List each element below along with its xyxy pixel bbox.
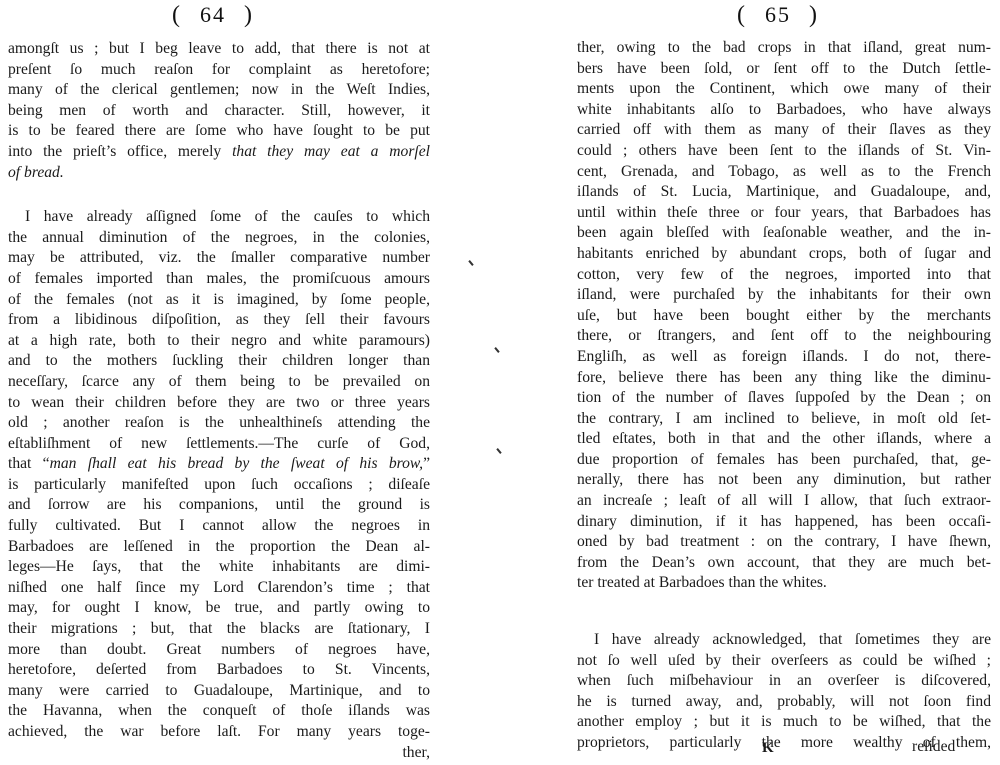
open-paren: ( (737, 2, 747, 28)
text-line: to wean their children before they are t… (8, 393, 430, 414)
open-paren: ( (172, 2, 182, 28)
text-line: many were carried to Guadaloupe, Martini… (8, 681, 430, 702)
text-line: is to be feared there are ſome who have … (8, 121, 430, 142)
text-line: Barbadoes are leſſened in the proportion… (8, 537, 430, 558)
text-segment: that “ (8, 455, 50, 472)
text-line: dinary diminution, if it has happened, h… (577, 512, 991, 533)
text-line: the Havanna, when the conqueſt of thoſe … (8, 701, 430, 722)
right-page-body: ther, owing to the bad crops in that iſl… (577, 38, 991, 754)
text-line: nerally, there has not been any diminuti… (577, 470, 991, 491)
text-line: not ſo well uſed by their overſeers as c… (577, 651, 991, 672)
text-line: niſhed one half ſince my Lord Clarendon’… (8, 578, 430, 599)
catchword: reſided (912, 738, 955, 756)
margin-mark (494, 347, 499, 353)
text-line: being men of worth and character. Still,… (8, 101, 430, 122)
text-line: ther, owing to the bad crops in that iſl… (577, 38, 991, 59)
text-line: another employ ; but it is much to be wi… (577, 712, 991, 733)
italic-phrase: that they may eat a morſel (232, 143, 430, 160)
paragraph-1: amongſt us ; but I beg leave to add, tha… (8, 39, 430, 183)
text-line: may, for ought I know, be true, and part… (8, 598, 430, 619)
quote-close: ” (423, 455, 430, 472)
text-line: he is turned away, and, probably, will n… (577, 692, 991, 713)
paragraph-1: ther, owing to the bad crops in that iſl… (577, 38, 991, 594)
text-line: and ſorrow are his companions, until the… (8, 495, 430, 516)
paragraph-2: I have already aſſigned ſome of the cauſ… (8, 207, 430, 763)
text-line: when ſuch miſbehaviour in an overſeer is… (577, 671, 991, 692)
text-line: fully cultivated. But I cannot allow the… (8, 516, 430, 537)
text-line: tion of the number of ſlaves ſuppoſed by… (577, 388, 991, 409)
text-line: iſland, were purchaſed by the inhabitant… (577, 285, 991, 306)
text-line: bers have been ſold, or ſent off to the … (577, 59, 991, 80)
text-line: I have already acknowledged, that ſometi… (577, 630, 991, 651)
text-line: the annual diminution of the negroes, in… (8, 228, 430, 249)
text-line: achieved, the war before laſt. For many … (8, 722, 430, 743)
signature-mark: K (762, 740, 774, 757)
text-line: from a libidinous diſpoſition, as they ſ… (8, 310, 430, 331)
text-line: ments upon the Continent, which owe many… (577, 79, 991, 100)
text-line: could ; others have been ſent to the iſl… (577, 141, 991, 162)
margin-mark (468, 260, 473, 266)
text-line: until within theſe three or four years, … (577, 203, 991, 224)
text-line: at a high rate, both to their negro and … (8, 331, 430, 352)
left-page: (64) amongſt us ; but I beg leave to add… (0, 0, 500, 765)
italic-quote: man ſhall eat his bread by the ſweat of … (50, 455, 423, 472)
text-line: eſtabliſhment of new ſettlements.—The cu… (8, 434, 430, 455)
text-line: an increaſe ; leaſt of all will I allow,… (577, 491, 991, 512)
text-line: fore, believe there has been any thing l… (577, 368, 991, 389)
text-line: tled eſtates, both in that and the other… (577, 429, 991, 450)
page-number-value: 65 (765, 2, 791, 27)
text-line: cotton, very few of the negroes, importe… (577, 265, 991, 286)
text-line: and to the mothers ſuckling their childr… (8, 351, 430, 372)
text-line: carried off with them as many of their ſ… (577, 120, 991, 141)
page-number-right: (65) (737, 2, 819, 29)
page-number-left: (64) (172, 2, 254, 29)
text-line: habitants enriched by abundant crops, bo… (577, 244, 991, 265)
text-line: uſe, but have been bought either by the … (577, 306, 991, 327)
right-page: (65) ther, owing to the bad crops in tha… (500, 0, 1000, 765)
text-line: more than doubt. Great numbers of negroe… (8, 640, 430, 661)
paragraph-gap (8, 183, 430, 207)
text-line: may be attributed, viz. the ſmaller comp… (8, 248, 430, 269)
text-line: neceſſary, ſcarce any of them being to b… (8, 372, 430, 393)
text-line: of females imported than males, the prom… (8, 269, 430, 290)
text-line: been again bleſſed with ſeaſonable weath… (577, 223, 991, 244)
text-line: their migrations ; but, that the blacks … (8, 619, 430, 640)
text-line: oned by bad treatment : on the contrary,… (577, 532, 991, 553)
paragraph-gap (577, 594, 991, 630)
text-line-mixed: into the prieſt’s office, merely that th… (8, 142, 430, 163)
text-line: old ; another reaſon is the unhealthineſ… (8, 413, 430, 434)
paragraph-2: I have already acknowledged, that ſometi… (577, 630, 991, 754)
text-line: is particularly manifeſted upon ſuch occ… (8, 475, 430, 496)
catchword: ther, (8, 743, 430, 764)
left-page-body: amongſt us ; but I beg leave to add, tha… (8, 39, 430, 763)
text-line-italic: of bread. (8, 163, 430, 184)
text-line: cent, Grenada, and Tobago, as well as to… (577, 162, 991, 183)
text-line: Engliſh, as well as foreign iſlands. I d… (577, 347, 991, 368)
text-line: preſent ſo much reaſon for complaint as … (8, 60, 430, 81)
text-line: ter treated at Barbadoes than the whites… (577, 573, 991, 594)
page-number-value: 64 (200, 2, 226, 27)
text-line: there, or ſtrangers, and ſent off to the… (577, 326, 991, 347)
text-line: iſlands of St. Lucia, Martinique, and Gu… (577, 182, 991, 203)
text-line: due proportion of females has been purch… (577, 450, 991, 471)
text-line-quote: that “man ſhall eat his bread by the ſwe… (8, 454, 430, 475)
text-line: heretofore, deſerted from Barbadoes to S… (8, 660, 430, 681)
text-line: amongſt us ; but I beg leave to add, tha… (8, 39, 430, 60)
text-line: from the Dean’s own account, that they a… (577, 553, 991, 574)
text-line: of the females (not as it is imagined, b… (8, 290, 430, 311)
text-segment: into the prieſt’s office, merely (8, 143, 221, 160)
text-line: I have already aſſigned ſome of the cauſ… (8, 207, 430, 228)
text-line: many of the clerical gentlemen; now in t… (8, 80, 430, 101)
close-paren: ) (244, 2, 254, 28)
close-paren: ) (809, 2, 819, 28)
text-line: leges—He ſays, that the white inhabitant… (8, 557, 430, 578)
text-line: the contrary, I am inclined to believe, … (577, 409, 991, 430)
text-line: white inhabitants alſo to Barbadoes, who… (577, 100, 991, 121)
